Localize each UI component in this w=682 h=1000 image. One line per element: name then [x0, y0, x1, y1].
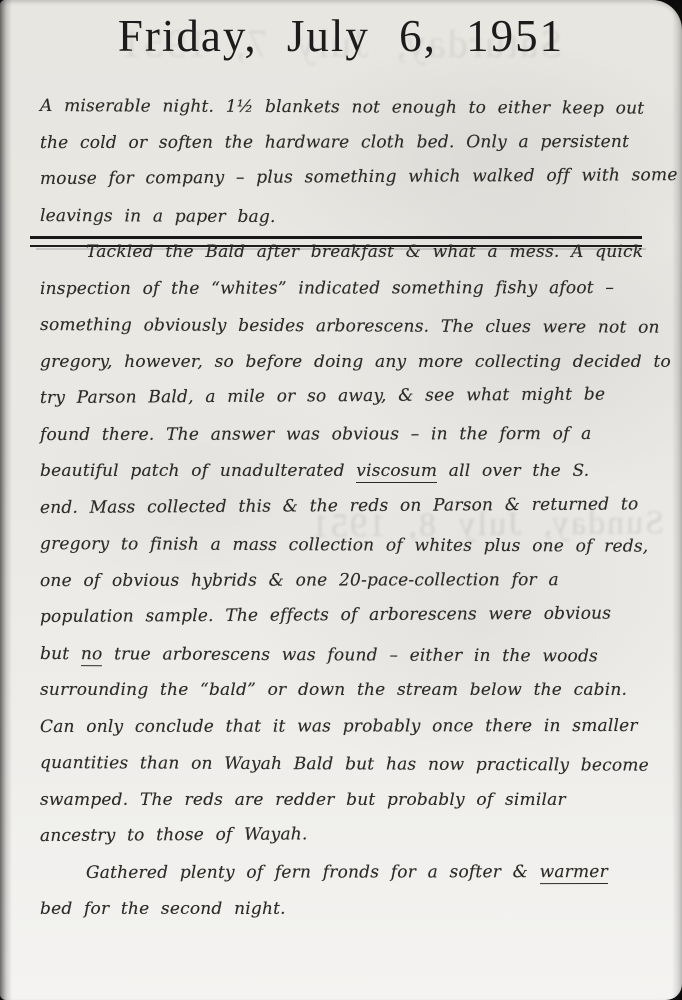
entry-line: population sample. The effects of arbore…	[40, 603, 662, 643]
entry-line: mouse for company – plus something which…	[40, 165, 662, 205]
entry-text: mouse for company – plus something which…	[40, 165, 678, 189]
entry-text: surrounding the “bald” or down the strea…	[40, 680, 627, 700]
entry-text: population sample. The effects of arbore…	[40, 604, 611, 627]
entry-line: bed for the second night.	[40, 899, 662, 936]
scan-background: Saturday, July 7, 1951 Friday, July 6, 1…	[0, 0, 682, 1000]
entry-line: something obviously besides arborescens.…	[40, 315, 662, 354]
entry-text: true arborescens was found – either in t…	[102, 644, 598, 666]
entry-text: but	[40, 644, 81, 664]
underlined-word: no	[81, 644, 103, 666]
entry-text: something obviously besides arborescens.…	[40, 315, 660, 338]
entry-line: gregory, however, so before doing any mo…	[40, 352, 662, 389]
underlined-word: warmer	[540, 862, 608, 884]
entry-text: A miserable night. 1½ blankets not enoug…	[40, 96, 644, 119]
entry-line: Can only conclude that it was probably o…	[40, 715, 662, 753]
entry-text: Gathered plenty of fern fronds for a sof…	[86, 862, 540, 883]
entry-line: Tackled the Bald after breakfast & what …	[40, 242, 662, 279]
entry-line: found there. The answer was obvious – in…	[40, 423, 662, 461]
entry-text: Tackled the Bald after breakfast & what …	[86, 242, 643, 262]
entry-line: beautiful patch of unadulterated viscosu…	[40, 461, 662, 498]
entry-line: gregory to finish a mass collection of w…	[40, 534, 662, 573]
underlined-word: viscosum	[356, 461, 437, 483]
entry-text: gregory, however, so before doing any mo…	[40, 352, 671, 372]
entry-text: one of obvious hybrids & one 20-pace-col…	[40, 570, 559, 591]
entry-text: beautiful patch of unadulterated	[40, 461, 356, 481]
entry-line: try Parson Bald, a mile or so away, & se…	[40, 384, 662, 424]
entry-text: the cold or soften the hardware cloth be…	[40, 131, 629, 152]
page-title: Friday, July 6, 1951	[0, 10, 682, 62]
entry-text: swamped. The reds are redder but probabl…	[40, 790, 566, 810]
entry-text: gregory to finish a mass collection of w…	[40, 534, 648, 557]
entry-text: all over the S.	[437, 461, 589, 481]
entry-text: try Parson Bald, a mile or so away, & se…	[40, 385, 605, 408]
entry-text: Can only conclude that it was probably o…	[40, 715, 638, 736]
entry-text: inspection of the “whites” indicated som…	[40, 277, 614, 298]
journal-page: Saturday, July 7, 1951 Friday, July 6, 1…	[0, 0, 682, 1000]
entry-line: ancestry to those of Wayah.	[40, 822, 662, 862]
entry-line: swamped. The reds are redder but probabl…	[40, 790, 662, 827]
entry-line: inspection of the “whites” indicated som…	[40, 277, 662, 315]
entry-text: ancestry to those of Wayah.	[40, 824, 308, 846]
entry-line: but no true arborescens was found – eith…	[40, 644, 662, 683]
entry-line: quantities than on Wayah Bald but has no…	[40, 753, 662, 792]
entry-line: surrounding the “bald” or down the strea…	[40, 680, 662, 717]
entry-text: leavings in a paper bag.	[40, 206, 276, 227]
entry-line: Gathered plenty of fern fronds for a sof…	[40, 861, 662, 899]
entry-line: the cold or soften the hardware cloth be…	[40, 131, 662, 169]
journal-entry: A miserable night. 1½ blankets not enoug…	[40, 96, 662, 936]
entry-line: leavings in a paper bag.	[40, 206, 662, 245]
entry-line: end. Mass collected this & the reds on P…	[40, 494, 662, 534]
entry-text: quantities than on Wayah Bald but has no…	[40, 753, 649, 776]
entry-line: one of obvious hybrids & one 20-pace-col…	[40, 569, 662, 607]
entry-text: end. Mass collected this & the reds on P…	[40, 494, 639, 518]
entry-text: bed for the second night.	[40, 899, 286, 919]
entry-text: found there. The answer was obvious – in…	[40, 424, 592, 445]
entry-line: A miserable night. 1½ blankets not enoug…	[40, 96, 662, 135]
page-header: Saturday, July 7, 1951 Friday, July 6, 1…	[0, 0, 682, 90]
